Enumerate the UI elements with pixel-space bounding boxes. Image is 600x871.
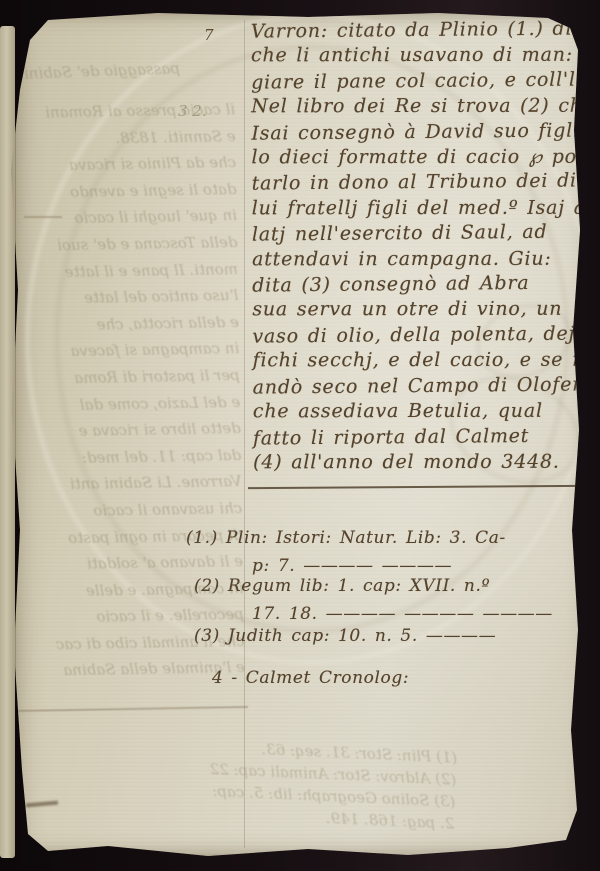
bleedthrough-line: chi usavano il cacio bbox=[18, 495, 242, 525]
manuscript-line: vaso di olio, della polenta, dej bbox=[252, 321, 588, 350]
manuscript-line: fichi secchj, e del cacio, e se ne bbox=[253, 348, 589, 374]
footnote-2-line-1: (2) Regum lib: 1. cap: XVII. n.º bbox=[194, 576, 490, 596]
bleedthrough-line: e della ricotta, che bbox=[15, 309, 239, 339]
bleedthrough-rule-long bbox=[10, 706, 248, 712]
manuscript-line: lo dieci formatte di cacio ℘ por: bbox=[252, 145, 588, 171]
ink-smudge bbox=[26, 801, 58, 808]
facing-page-edge bbox=[0, 26, 15, 858]
bleedthrough-top-line: passaggio de' Sabini bbox=[20, 59, 181, 83]
manuscript-line: che li antichi usavano di man: bbox=[251, 43, 587, 69]
separator-rule bbox=[248, 485, 582, 489]
bleedthrough-line: e Sanniti. 1838. bbox=[11, 123, 235, 153]
manuscript-line: che assediava Betulia, qual bbox=[253, 399, 589, 425]
main-paragraph: Varron: citato da Plinio (1.) dice che l… bbox=[251, 17, 589, 476]
bleedthrough-line: il cacio presso ai Romani bbox=[11, 96, 235, 126]
footnote-4: 4 - Calmet Cronolog: bbox=[212, 668, 409, 688]
footnote-1-line-1: (1.) Plin: Istori: Natur. Lib: 3. Ca- bbox=[186, 528, 506, 548]
bleedthrough-line: della Toscana e de' suoi bbox=[13, 229, 237, 259]
bleedthrough-line: (1) Plin: Stor: 31. seq: 63. bbox=[61, 729, 458, 768]
manuscript-line: Nel libro dei Re si trova (2) che bbox=[251, 94, 587, 120]
manuscript-line: sua serva un otre di vino, un bbox=[252, 297, 588, 323]
bleedthrough-line: e del Lazio, come dal bbox=[16, 389, 240, 419]
manuscript-line: andò seco nel Campo di Oloferne bbox=[253, 372, 589, 401]
manuscript-line: latj nell'esercito di Saul, ad bbox=[252, 220, 588, 249]
margin-rule bbox=[244, 20, 245, 848]
manuscript-line: tarlo in dono al Tribuno dei di bbox=[252, 169, 588, 198]
manuscript-line: Varron: citato da Plinio (1.) dice bbox=[251, 16, 587, 45]
bleedthrough-line: (2) Aldrov: Stor: Animali cap: 22 bbox=[60, 751, 457, 790]
footnote-2-line-2: 17. 18. ———— ———— ———— bbox=[252, 604, 553, 624]
bleedthrough-bottom-text: (1) Plin: Stor: 31. seq: 63.(2) Aldrov: … bbox=[58, 729, 457, 834]
manuscript-line: dita (3) consegnò ad Abra bbox=[252, 270, 588, 299]
manuscript-line: giare il pane col cacio, e coll'latte bbox=[251, 67, 587, 96]
manuscript-line: lui fratellj figli del med.º Isaj arro: bbox=[252, 196, 588, 222]
bleedthrough-corner-numbers: 3 2. bbox=[178, 102, 207, 120]
manuscript-line: (4) all'anno del mondo 3448. bbox=[253, 450, 589, 476]
bleedthrough-line: e li davano a' soldati bbox=[19, 548, 243, 578]
bleedthrough-line: Varrone. Li Sabini anti bbox=[17, 468, 241, 498]
bleedthrough-line: detto libro si ricava e bbox=[16, 415, 240, 445]
manuscript-line: attendavi in campagna. Giu: bbox=[252, 246, 588, 272]
bleedthrough-line: dato li segni e avendo bbox=[12, 176, 236, 206]
manuscript-line: Isai consegnò à David suo figlio: bbox=[251, 118, 587, 147]
bleedthrough-line: che da Plinio si ricava bbox=[12, 149, 236, 179]
page-number: 7 bbox=[204, 26, 214, 44]
bleedthrough-line: l'uso antico del latte bbox=[14, 282, 238, 312]
gutter-crease bbox=[15, 40, 16, 850]
bleedthrough-line: dal cap: 11. del med: bbox=[17, 442, 241, 472]
manuscript-page: passaggio de' Sabini 3 2. il cacio press… bbox=[8, 10, 590, 858]
manuscript-photo: passaggio de' Sabini 3 2. il cacio press… bbox=[0, 0, 600, 871]
footnote-1-line-2: p: 7. ———— ———— bbox=[252, 556, 452, 576]
footnote-3: (3) Judith cap: 10. n. 5. ———— bbox=[194, 626, 496, 646]
bleedthrough-margin-text: il cacio presso ai Romanie Sanniti. 1838… bbox=[11, 96, 245, 685]
bleedthrough-line: (3) Solino Geograph: lib: 5. cap: bbox=[59, 773, 456, 812]
bleedthrough-line: 2. pag: 168. 149. bbox=[58, 795, 455, 834]
bleedthrough-rule-short bbox=[24, 216, 62, 218]
bleedthrough-line: in campagna si faceva bbox=[15, 335, 239, 365]
bleedthrough-line: monti. Il pane e il latte bbox=[14, 256, 238, 286]
manuscript-line: fatto li riporta dal Calmet bbox=[253, 423, 589, 452]
bleedthrough-line: per li pastori di Roma bbox=[16, 362, 240, 392]
